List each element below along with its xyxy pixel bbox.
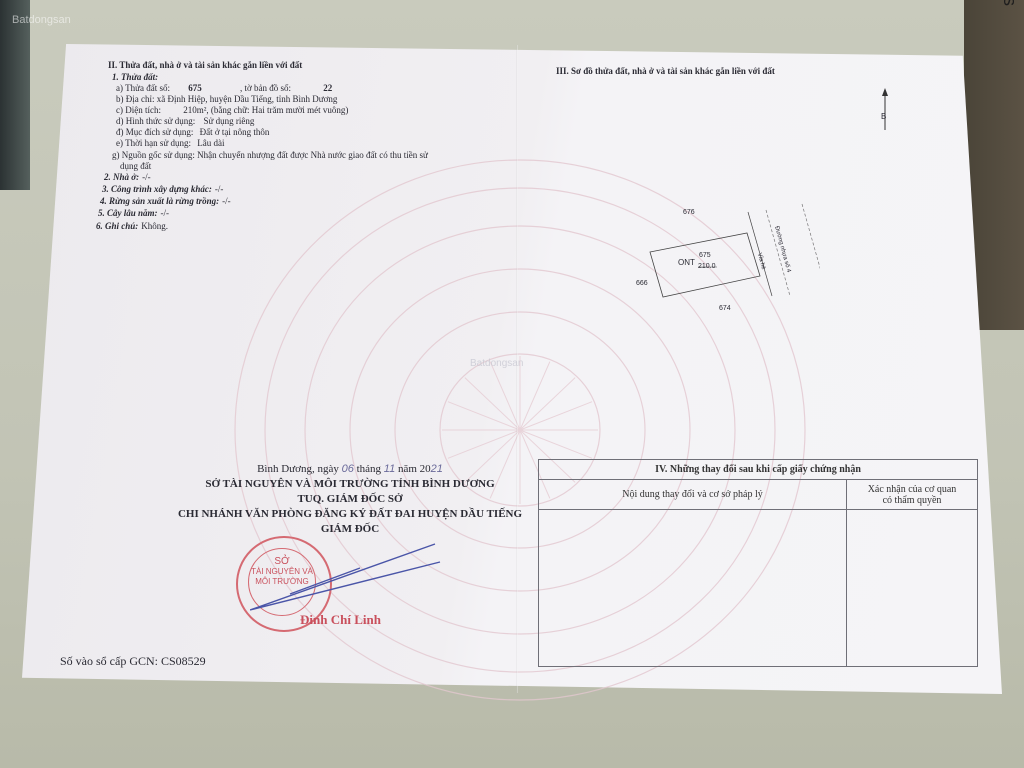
- purpose-value: Đất ở tại nông thôn: [200, 127, 270, 137]
- term-value: Lâu dài: [197, 138, 224, 148]
- purpose-row: đ) Mục đích sử dụng: Đất ở tại nông thôn: [116, 127, 269, 138]
- address-value: xã Định Hiệp, huyện Dầu Tiếng, tỉnh Bình…: [157, 94, 338, 104]
- org-line-4: GIÁM ĐỐC: [160, 522, 540, 537]
- section4-title: IV. Những thay đổi sau khi cấp giấy chứn…: [539, 460, 978, 480]
- parcel-row: a) Thửa đất số: 675 , tờ bản đồ số: 22: [116, 83, 332, 94]
- watermark-center: Batdongsan: [470, 358, 523, 369]
- authority-cell: [847, 510, 978, 667]
- col2-line2: có thẩm quyền: [848, 495, 976, 506]
- item-value: -/-: [215, 184, 224, 194]
- use-form-label: d) Hình thức sử dụng:: [116, 116, 195, 126]
- parcel-number: 675: [188, 83, 202, 93]
- org-line-2: TUQ. GIÁM ĐỐC SỞ: [160, 492, 540, 507]
- term-label: e) Thời hạn sử dụng:: [116, 138, 191, 148]
- neighbor-south: 674: [719, 303, 731, 314]
- date-year-label: năm 20: [398, 463, 431, 475]
- col2-line1: Xác nhận của cơ quan: [848, 484, 976, 495]
- neighbor-west: 666: [636, 278, 648, 289]
- date-month-label: tháng: [357, 463, 381, 475]
- signature-block: Bình Dương, ngày 06 tháng 11 năm 2021 SỞ…: [160, 462, 540, 537]
- purpose-label: đ) Mục đích sử dụng:: [116, 127, 193, 137]
- date-month: 11: [384, 463, 395, 475]
- diagram-parcel-number: 675: [699, 250, 711, 261]
- origin-line2: dụng đất: [120, 161, 151, 172]
- section2-item: 3. Công trình xây dựng khác:-/-: [102, 184, 223, 195]
- origin-label: g) Nguồn gốc sử dụng:: [112, 150, 195, 160]
- parcel-label: a) Thửa đất số:: [116, 83, 170, 93]
- change-content-cell: [539, 510, 847, 667]
- origin-row: g) Nguồn gốc sử dụng: Nhận chuyển nhượng…: [112, 150, 428, 161]
- item-label: 5. Cây lâu năm:: [98, 208, 158, 218]
- item-value: Không.: [141, 221, 168, 231]
- item-value: -/-: [142, 172, 151, 182]
- issue-date: Bình Dương, ngày 06 tháng 11 năm 2021: [160, 462, 540, 477]
- section3-title: III. Sơ đồ thửa đất, nhà ở và tài sản kh…: [556, 66, 775, 77]
- diagram-area: 210.0: [698, 261, 716, 272]
- section2-item: 4. Rừng sản xuất là rừng trồng:-/-: [100, 196, 231, 207]
- org-line-1: SỞ TÀI NGUYÊN VÀ MÔI TRƯỜNG TỈNH BÌNH DƯ…: [160, 477, 540, 492]
- changes-table: IV. Những thay đổi sau khi cấp giấy chứn…: [538, 459, 978, 667]
- registry-number: Số vào sổ cấp GCN: CS08529: [60, 654, 206, 669]
- north-label: B: [881, 111, 886, 122]
- neighbor-north: 676: [683, 207, 695, 218]
- signer-name: Đinh Chí Linh: [300, 612, 381, 628]
- section2-item: 6. Ghi chú:Không.: [96, 221, 168, 232]
- item-value: -/-: [161, 208, 170, 218]
- use-form-value: Sử dụng riêng: [204, 116, 255, 126]
- use-form-row: d) Hình thức sử dụng: Sử dụng riêng: [116, 116, 254, 127]
- item-value: -/-: [222, 196, 231, 206]
- area-value: 210m², (bằng chữ: Hai trăm mười mét vuôn…: [183, 105, 348, 115]
- map-sheet-number: 22: [323, 83, 332, 93]
- paper-fold: [516, 45, 518, 693]
- address-label: b) Địa chỉ:: [116, 94, 155, 104]
- origin-value: Nhận chuyển nhượng đất được Nhà nước gia…: [197, 150, 428, 160]
- box-print-text: epps: [999, 0, 1020, 6]
- org-line-3: CHI NHÁNH VĂN PHÒNG ĐĂNG KÝ ĐẤT ĐAI HUYỆ…: [160, 507, 540, 522]
- land-type: ONT: [678, 257, 695, 268]
- term-row: e) Thời hạn sử dụng: Lâu dài: [116, 138, 224, 149]
- col-authority-confirm: Xác nhận của cơ quan có thẩm quyền: [847, 480, 978, 510]
- background-dark-object: [0, 0, 30, 190]
- area-label: c) Diện tích:: [116, 105, 161, 115]
- item-label: 2. Nhà ở:: [104, 172, 139, 182]
- map-sheet-label: , tờ bản đồ số:: [240, 83, 291, 93]
- item-label: 6. Ghi chú:: [96, 221, 138, 231]
- address-row: b) Địa chỉ: xã Định Hiệp, huyện Dầu Tiến…: [116, 94, 337, 105]
- section2-item: 5. Cây lâu năm:-/-: [98, 208, 169, 219]
- col-change-content: Nội dung thay đổi và cơ sở pháp lý: [539, 480, 847, 510]
- land-heading: 1. Thửa đất:: [112, 72, 158, 83]
- date-day: 06: [342, 463, 354, 475]
- date-year: 21: [431, 463, 443, 475]
- section2-item: 2. Nhà ở:-/-: [104, 172, 151, 183]
- watermark-corner: Batdongsan: [12, 14, 71, 26]
- signature-scribble: [250, 538, 450, 618]
- north-arrow-icon: [878, 88, 892, 132]
- item-label: 4. Rừng sản xuất là rừng trồng:: [100, 196, 219, 206]
- item-label: 3. Công trình xây dựng khác:: [102, 184, 212, 194]
- date-prefix: Bình Dương, ngày: [257, 463, 339, 475]
- area-row: c) Diện tích: 210m², (bằng chữ: Hai trăm…: [116, 105, 348, 116]
- section2-title: II. Thửa đất, nhà ở và tài sản khác gắn …: [108, 60, 302, 71]
